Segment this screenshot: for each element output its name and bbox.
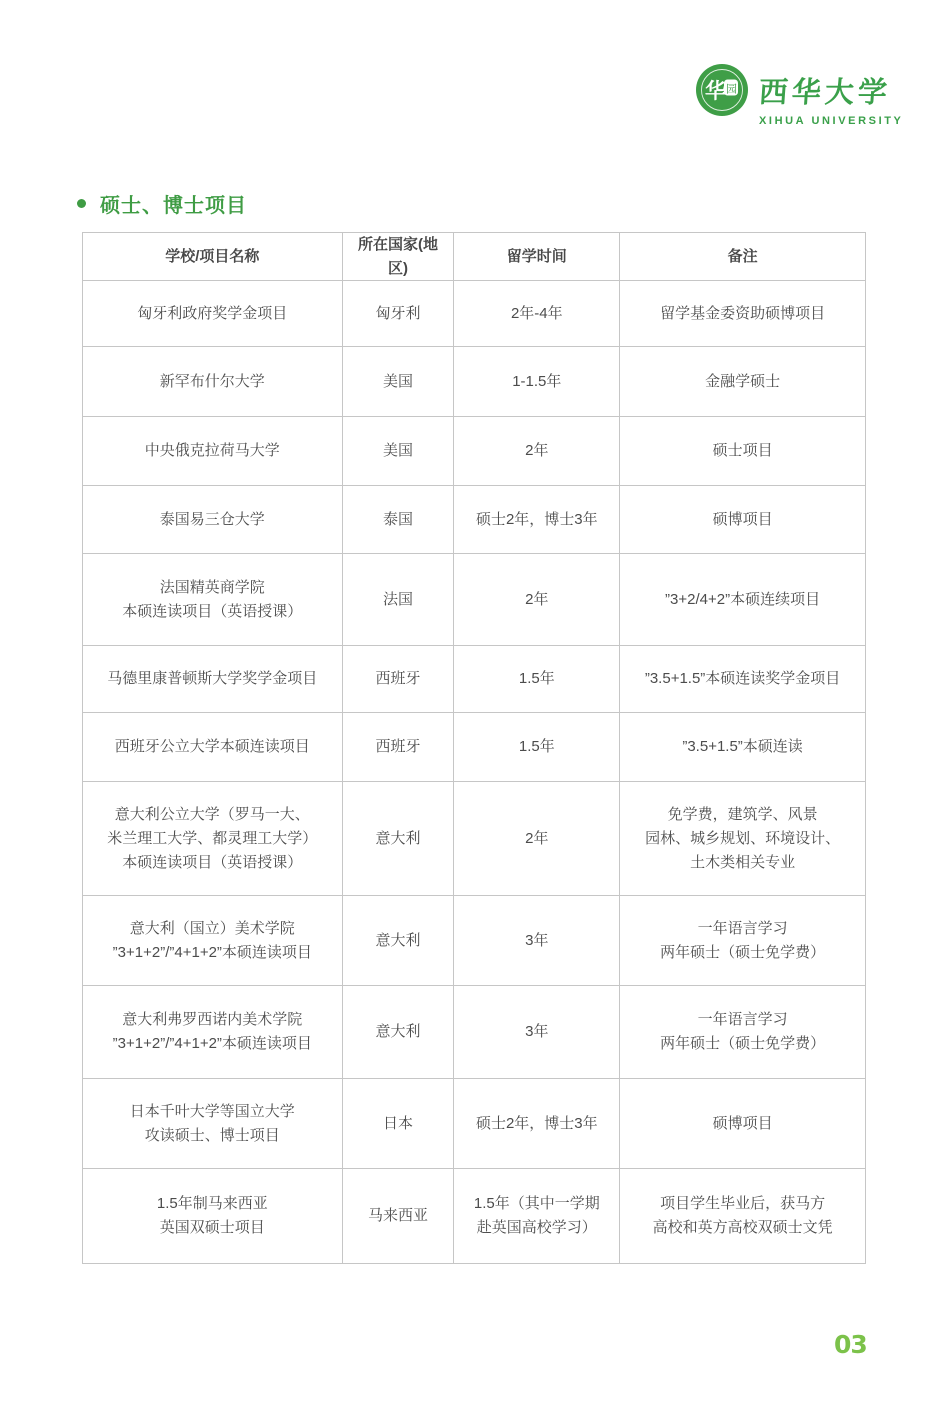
cell-duration: 1.5年 [454,713,620,782]
cell-country: 美国 [343,417,455,486]
programs-table: 学校/项目名称 所在国家(地区) 留学时间 备注 匈牙利政府奖学金项目匈牙利2年… [82,232,866,1264]
cell-school: 西班牙公立大学本硕连读项目 [83,713,343,782]
table-row: 马德里康普顿斯大学奖学金项目西班牙1.5年”3.5+1.5”本硕连读奖学金项目 [83,646,865,713]
cell-remark: 一年语言学习 两年硕士（硕士免学费） [620,986,865,1079]
cell-remark: 项目学生毕业后，获马方 高校和英方高校双硕士文凭 [620,1169,865,1263]
table-body: 匈牙利政府奖学金项目匈牙利2年-4年留学基金委资助硕博项目新罕布什尔大学美国1-… [83,281,865,1263]
cell-school: 法国精英商学院 本硕连读项目（英语授课） [83,554,343,646]
cell-remark: ”3.5+1.5”本硕连读 [620,713,865,782]
cell-duration: 2年 [454,782,620,896]
cell-country: 意大利 [343,896,455,986]
table-header-row: 学校/项目名称 所在国家(地区) 留学时间 备注 [83,233,865,281]
cell-duration: 1.5年（其中一学期 赴英国高校学习） [454,1169,620,1263]
university-name-cn: 西华大学 [758,70,905,111]
cell-duration: 3年 [454,896,620,986]
cell-remark: 留学基金委资助硕博项目 [620,281,865,347]
table-row: 意大利公立大学（罗马一大、 米兰理工大学、都灵理工大学） 本硕连读项目（英语授课… [83,782,865,896]
cell-country: 匈牙利 [343,281,455,347]
cell-duration: 2年 [454,417,620,486]
table-row: 西班牙公立大学本硕连读项目西班牙1.5年”3.5+1.5”本硕连读 [83,713,865,782]
table-row: 匈牙利政府奖学金项目匈牙利2年-4年留学基金委资助硕博项目 [83,281,865,347]
cell-school: 1.5年制马来西亚 英国双硕士项目 [83,1169,343,1263]
cell-school: 马德里康普顿斯大学奖学金项目 [83,646,343,713]
cell-school: 意大利弗罗西诺内美术学院 ”3+1+2”/”4+1+2”本硕连读项目 [83,986,343,1079]
cell-country: 意大利 [343,986,455,1079]
table-row: 1.5年制马来西亚 英国双硕士项目马来西亚1.5年（其中一学期 赴英国高校学习）… [83,1169,865,1263]
cell-remark: ”3.5+1.5”本硕连读奖学金项目 [620,646,865,713]
cell-school: 日本千叶大学等国立大学 攻读硕士、博士项目 [83,1079,343,1169]
cell-country: 泰国 [343,486,455,554]
cell-duration: 1-1.5年 [454,347,620,417]
cell-country: 马来西亚 [343,1169,455,1263]
table-row: 新罕布什尔大学美国1-1.5年金融学硕士 [83,347,865,417]
cell-remark: 硕士项目 [620,417,865,486]
cell-school: 中央俄克拉荷马大学 [83,417,343,486]
cell-country: 美国 [343,347,455,417]
cell-country: 日本 [343,1079,455,1169]
cell-duration: 1.5年 [454,646,620,713]
section-title: 硕士、博士项目 [100,189,247,218]
cell-country: 西班牙 [343,646,455,713]
cell-remark: 免学费，建筑学、风景 园林、城乡规划、环境设计、 土木类相关专业 [620,782,865,896]
table-row: 中央俄克拉荷马大学美国2年硕士项目 [83,417,865,486]
table-row: 意大利（国立）美术学院 ”3+1+2”/”4+1+2”本硕连读项目意大利3年一年… [83,896,865,986]
cell-school: 泰国易三仓大学 [83,486,343,554]
column-header-school: 学校/项目名称 [83,233,343,281]
column-header-remark: 备注 [620,233,865,281]
cell-duration: 3年 [454,986,620,1079]
cell-school: 意大利（国立）美术学院 ”3+1+2”/”4+1+2”本硕连读项目 [83,896,343,986]
cell-remark: 一年语言学习 两年硕士（硕士免学费） [620,896,865,986]
cell-remark: ”3+2/4+2”本硕连续项目 [620,554,865,646]
column-header-country: 所在国家(地区) [343,233,455,281]
cell-school: 意大利公立大学（罗马一大、 米兰理工大学、都灵理工大学） 本硕连读项目（英语授课… [83,782,343,896]
table-row: 意大利弗罗西诺内美术学院 ”3+1+2”/”4+1+2”本硕连读项目意大利3年一… [83,986,865,1079]
cell-duration: 2年 [454,554,620,646]
svg-text:华: 华 [705,79,726,103]
table-row: 日本千叶大学等国立大学 攻读硕士、博士项目日本硕士2年，博士3年硕博项目 [83,1079,865,1169]
cell-remark: 硕博项目 [620,1079,865,1169]
svg-text:园: 园 [726,83,737,96]
cell-country: 意大利 [343,782,455,896]
university-brand: 华 园 西华大学 XIHUA UNIVERSITY [696,64,903,127]
cell-school: 新罕布什尔大学 [83,347,343,417]
cell-country: 西班牙 [343,713,455,782]
cell-school: 匈牙利政府奖学金项目 [83,281,343,347]
cell-remark: 金融学硕士 [620,347,865,417]
cell-duration: 2年-4年 [454,281,620,347]
cell-remark: 硕博项目 [620,486,865,554]
table-row: 泰国易三仓大学泰国硕士2年，博士3年硕博项目 [83,486,865,554]
cell-country: 法国 [343,554,455,646]
bullet-icon [77,199,86,208]
table-row: 法国精英商学院 本硕连读项目（英语授课）法国2年”3+2/4+2”本硕连续项目 [83,554,865,646]
cell-duration: 硕士2年，博士3年 [454,486,620,554]
section-heading: 硕士、博士项目 [77,189,247,218]
university-name-en: XIHUA UNIVERSITY [759,115,903,127]
university-seal-icon: 华 园 [696,64,748,116]
cell-duration: 硕士2年，博士3年 [454,1079,620,1169]
university-name-block: 西华大学 XIHUA UNIVERSITY [759,64,903,127]
column-header-duration: 留学时间 [454,233,620,281]
page-number: 03 [834,1330,867,1359]
